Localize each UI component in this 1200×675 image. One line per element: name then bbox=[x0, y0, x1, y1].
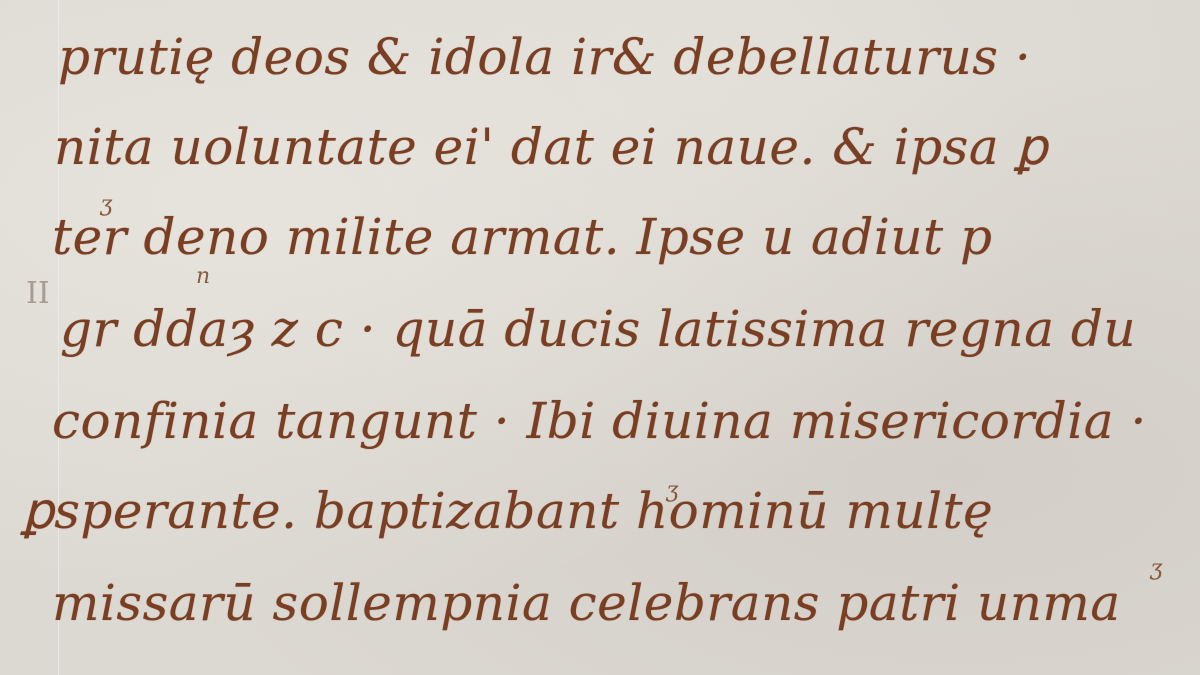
margin-numeral: II bbox=[26, 276, 50, 311]
interlinear-gloss: ʒ bbox=[666, 478, 678, 503]
text-line-2: nita uoluntate ei' dat ei naue. & ipsa ꝑ bbox=[54, 118, 1048, 176]
text-line-4: gr ddaȝ z c · quā ducis latissima regna … bbox=[60, 300, 1136, 358]
interlinear-gloss: ʒ bbox=[100, 192, 112, 217]
interlinear-gloss: n bbox=[196, 264, 210, 289]
text-line-1: prutię deos & idola ir& debellaturus · bbox=[58, 28, 1031, 86]
text-line-6: ꝑsperante. baptizabant hominū multę bbox=[22, 482, 993, 540]
text-line-7: missarū sollempnia celebrans patri unma bbox=[52, 574, 1121, 632]
manuscript-page: II prutię deos & idola ir& debellaturus … bbox=[0, 0, 1200, 675]
text-line-3: ter deno milite armat. Ipse u adiut p bbox=[52, 208, 993, 266]
text-line-5: confinia tangunt · Ibi diuina misericord… bbox=[52, 392, 1147, 450]
interlinear-gloss: ʒ bbox=[1150, 556, 1162, 581]
